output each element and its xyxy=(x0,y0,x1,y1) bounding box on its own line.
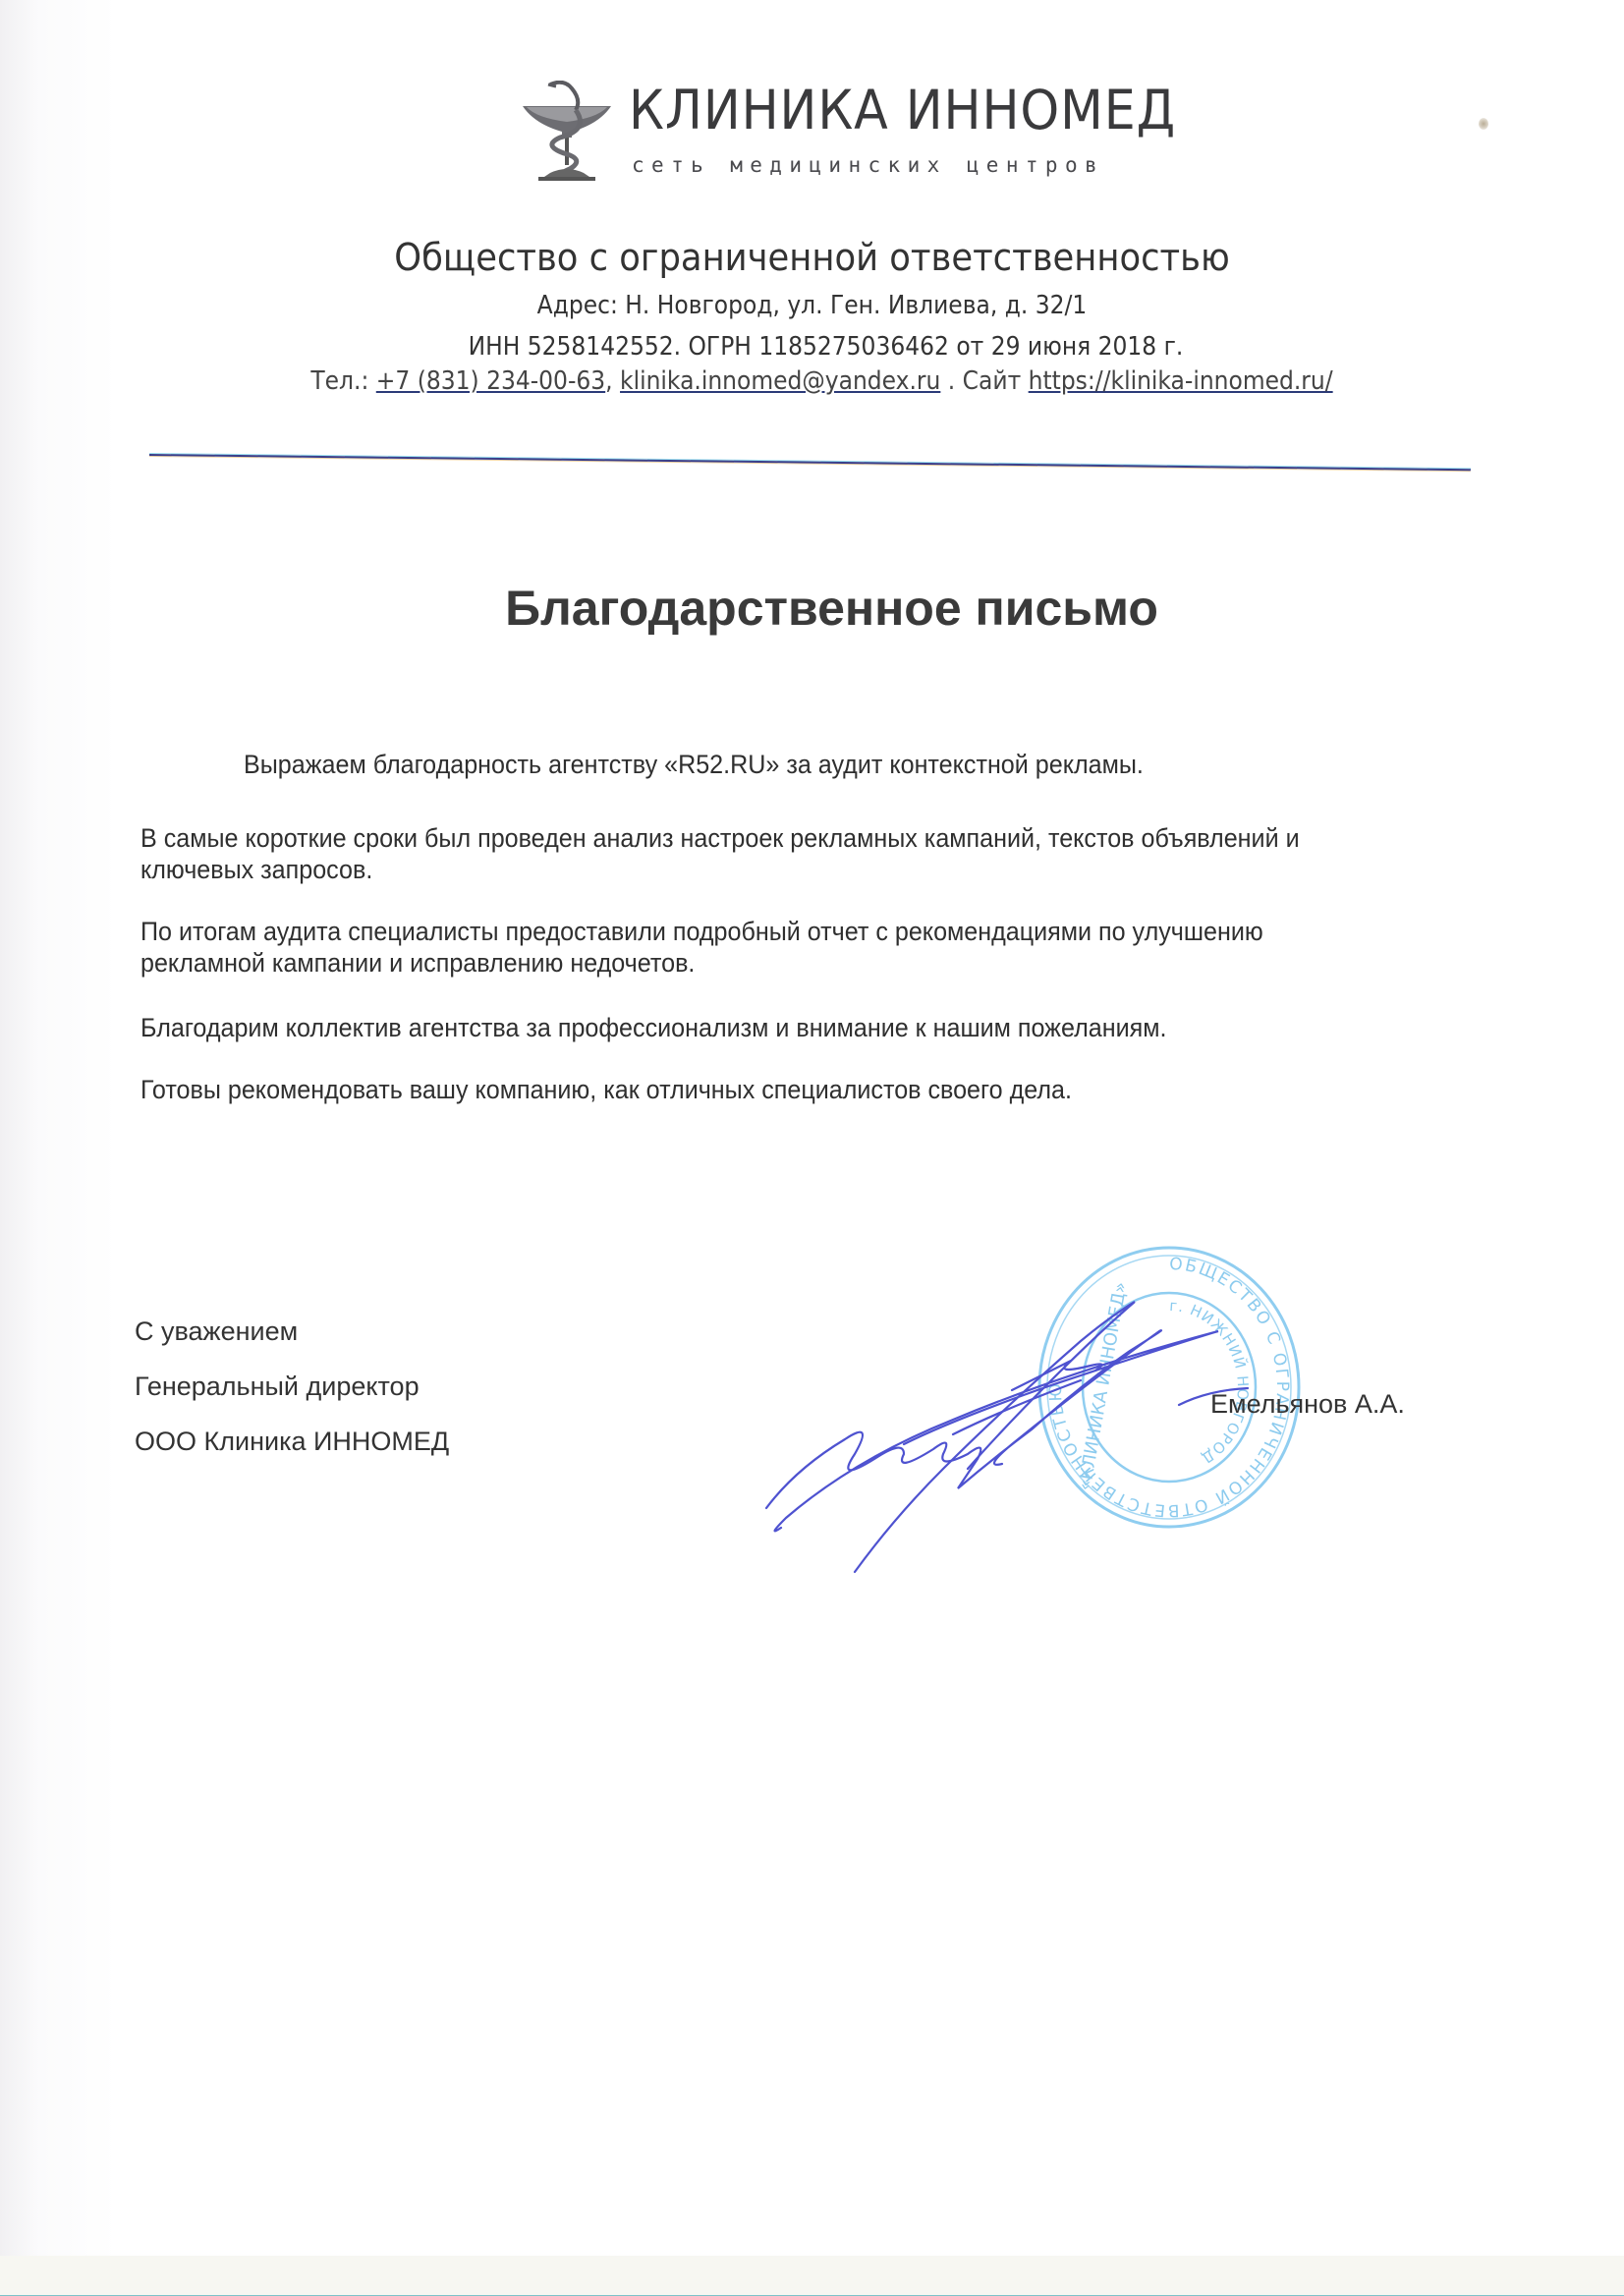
body-paragraph: В самые короткие сроки был проведен анал… xyxy=(140,822,1392,885)
closing: С уважением xyxy=(135,1316,298,1347)
organization-type: Общество с ограниченной ответственностью xyxy=(57,236,1567,279)
logo-subtitle: сеть медицинских центров xyxy=(632,153,1104,177)
header-divider xyxy=(149,454,1471,471)
email-link[interactable]: klinika.innomed@yandex.ru xyxy=(620,366,940,396)
contacts-line: Тел.: +7 (831) 234-00-63, klinika.innome… xyxy=(91,366,1553,396)
site-label: . Сайт xyxy=(940,366,1028,396)
address: Адрес: Н. Новгород, ул. Ген. Ивлиева, д.… xyxy=(82,291,1543,320)
body-paragraph: Благодарим коллектив агентства за профес… xyxy=(140,1012,1392,1043)
scan-bottom-edge xyxy=(0,2256,1624,2296)
phone-link[interactable]: +7 (831) 234-00-63 xyxy=(376,366,605,396)
phone-label: Тел.: xyxy=(310,366,375,396)
signer-name: Емельянов А.А. xyxy=(1210,1389,1405,1420)
website-link[interactable]: https://klinika-innomed.ru/ xyxy=(1029,366,1333,396)
document-title: Благодарственное письмо xyxy=(0,580,1624,637)
body-paragraph: По итогам аудита специалисты предоставил… xyxy=(140,916,1392,979)
contacts-separator: , xyxy=(605,366,620,396)
handwritten-signature-icon xyxy=(756,1272,1307,1577)
registration-details: ИНН 5258142552. ОГРН 1185275036462 от 29… xyxy=(95,332,1557,362)
body-paragraph: Выражаем благодарность агентству «R52.RU… xyxy=(244,749,1495,780)
logo-title: КЛИНИКА ИННОМЕД xyxy=(629,79,1176,141)
scan-speck xyxy=(1479,118,1488,130)
letter-page: КЛИНИКА ИННОМЕД сеть медицинских центров… xyxy=(0,0,1624,2296)
signer-company: ООО Клиника ИННОМЕД xyxy=(135,1427,449,1457)
bowl-of-hygieia-icon xyxy=(521,81,613,183)
body-paragraph: Готовы рекомендовать вашу компанию, как … xyxy=(140,1074,1392,1105)
signer-position: Генеральный директор xyxy=(135,1372,420,1402)
